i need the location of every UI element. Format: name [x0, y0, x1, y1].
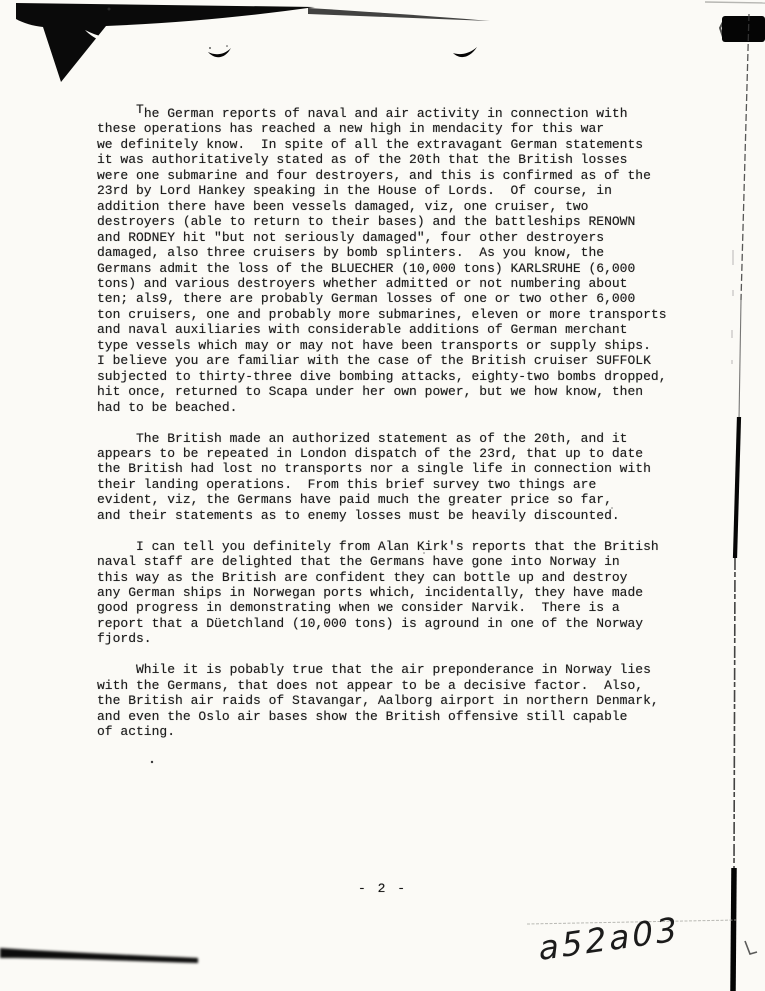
handwritten-archive-code: a52a03 — [537, 909, 681, 968]
bottom-smudge-artifact — [0, 948, 198, 963]
paragraph-text: While it is pobably true that the air pr… — [97, 662, 659, 739]
paragraph-3: I can tell you definitely from Alan Kirk… — [97, 539, 697, 647]
scanned-document-page: The German reports of naval and air acti… — [0, 0, 765, 991]
paragraph-1: The German reports of naval and air acti… — [97, 106, 697, 415]
corner-fold-artifact — [16, 3, 490, 82]
raised-initial-letter: T — [136, 102, 144, 117]
page-number: - 2 - — [0, 881, 765, 896]
typewritten-body: The German reports of naval and air acti… — [97, 106, 697, 755]
paragraph-4: While it is pobably true that the air pr… — [97, 662, 697, 739]
paragraph-text: The British made an authorized statement… — [97, 431, 651, 523]
top-right-blotch-artifact — [705, 2, 765, 42]
staple-mark-left-icon — [208, 45, 231, 57]
scan-edge-line — [732, 14, 757, 991]
paragraph-text: he German reports of naval and air activ… — [97, 106, 667, 415]
paragraph-2: The British made an authorized statement… — [97, 431, 697, 524]
staple-mark-right-icon — [453, 47, 477, 57]
paragraph-text: I can tell you definitely from Alan Kirk… — [97, 539, 659, 647]
paragraph-indent — [97, 106, 136, 121]
